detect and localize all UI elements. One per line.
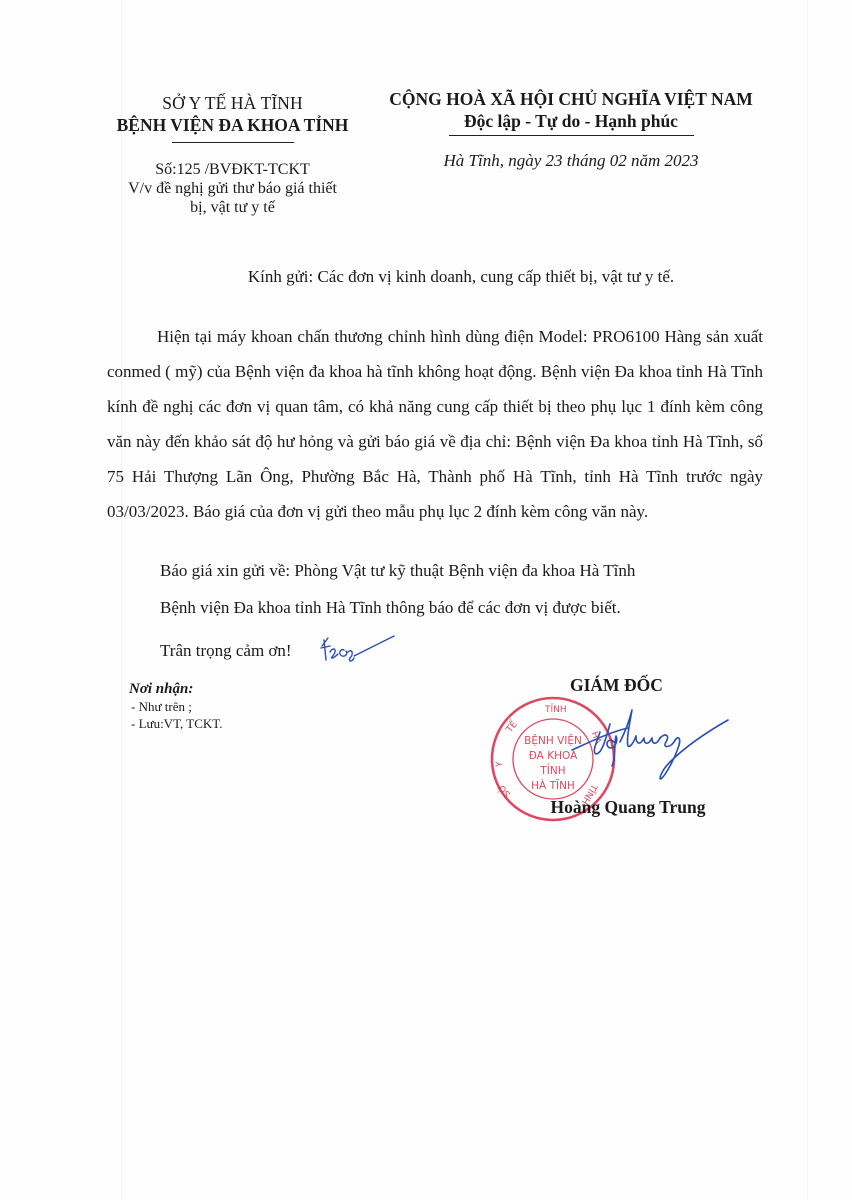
svg-text:HÀ TĨNH: HÀ TĨNH xyxy=(531,779,575,792)
national-title: CỘNG HOÀ XÃ HỘI CHỦ NGHĨA VIỆT NAM xyxy=(362,88,780,110)
recipients-title: Nơi nhận: xyxy=(129,680,223,698)
motto-divider xyxy=(449,135,694,136)
scan-artifact-line xyxy=(807,0,808,1200)
subject-line-1: V/v đề nghị gửi thư báo giá thiết xyxy=(100,179,365,198)
subject-line-2: bị, vật tư y tế xyxy=(100,198,365,217)
svg-text:TỈNH: TỈNH xyxy=(539,763,565,777)
closing-line: Trân trọng cảm ơn! xyxy=(160,640,292,662)
document-page: SỞ Y TẾ HÀ TĨNH BỆNH VIỆN ĐA KHOA TỈNH S… xyxy=(0,0,852,1200)
svg-text:Y: Y xyxy=(495,761,505,768)
national-motto: Độc lập - Tự do - Hạnh phúc xyxy=(362,110,780,132)
svg-text:TỈNH: TỈNH xyxy=(544,703,567,715)
notice-line: Bệnh viện Đa khoa tỉnh Hà Tĩnh thông báo… xyxy=(160,597,621,619)
organization-name: BỆNH VIỆN ĐA KHOA TỈNH xyxy=(100,114,365,136)
national-header: CỘNG HOÀ XÃ HỘI CHỦ NGHĨA VIỆT NAM Độc l… xyxy=(362,88,780,172)
recipients-block: Nơi nhận: - Như trên ; - Lưu:VT, TCKT. xyxy=(129,680,223,732)
initials-mark xyxy=(318,632,398,672)
salutation: Kính gửi: Các đơn vị kinh doanh, cung cấ… xyxy=(100,266,800,288)
signer-title: GIÁM ĐỐC xyxy=(570,674,663,696)
signature-block: GIÁM ĐỐC TỈNH TẾ Y SỞ HÀ TĨNH BỆNH VIỆN … xyxy=(500,672,740,832)
parent-organization: SỞ Y TẾ HÀ TĨNH xyxy=(100,92,365,114)
handwritten-signature xyxy=(570,702,730,782)
header-divider xyxy=(172,142,294,143)
send-to-line: Báo giá xin gửi về: Phòng Vật tư kỹ thuậ… xyxy=(160,560,635,582)
recipient-item: - Như trên ; xyxy=(131,698,223,715)
document-number: Số:125 /BVĐKT-TCKT xyxy=(100,160,365,179)
place-and-date: Hà Tĩnh, ngày 23 tháng 02 năm 2023 xyxy=(362,150,780,172)
signer-name: Hoàng Quang Trung xyxy=(500,796,740,818)
main-paragraph: Hiện tại máy khoan chấn thương chỉnh hìn… xyxy=(107,319,763,529)
recipient-item: - Lưu:VT, TCKT. xyxy=(131,715,223,732)
issuer-header: SỞ Y TẾ HÀ TĨNH BỆNH VIỆN ĐA KHOA TỈNH S… xyxy=(100,92,365,217)
